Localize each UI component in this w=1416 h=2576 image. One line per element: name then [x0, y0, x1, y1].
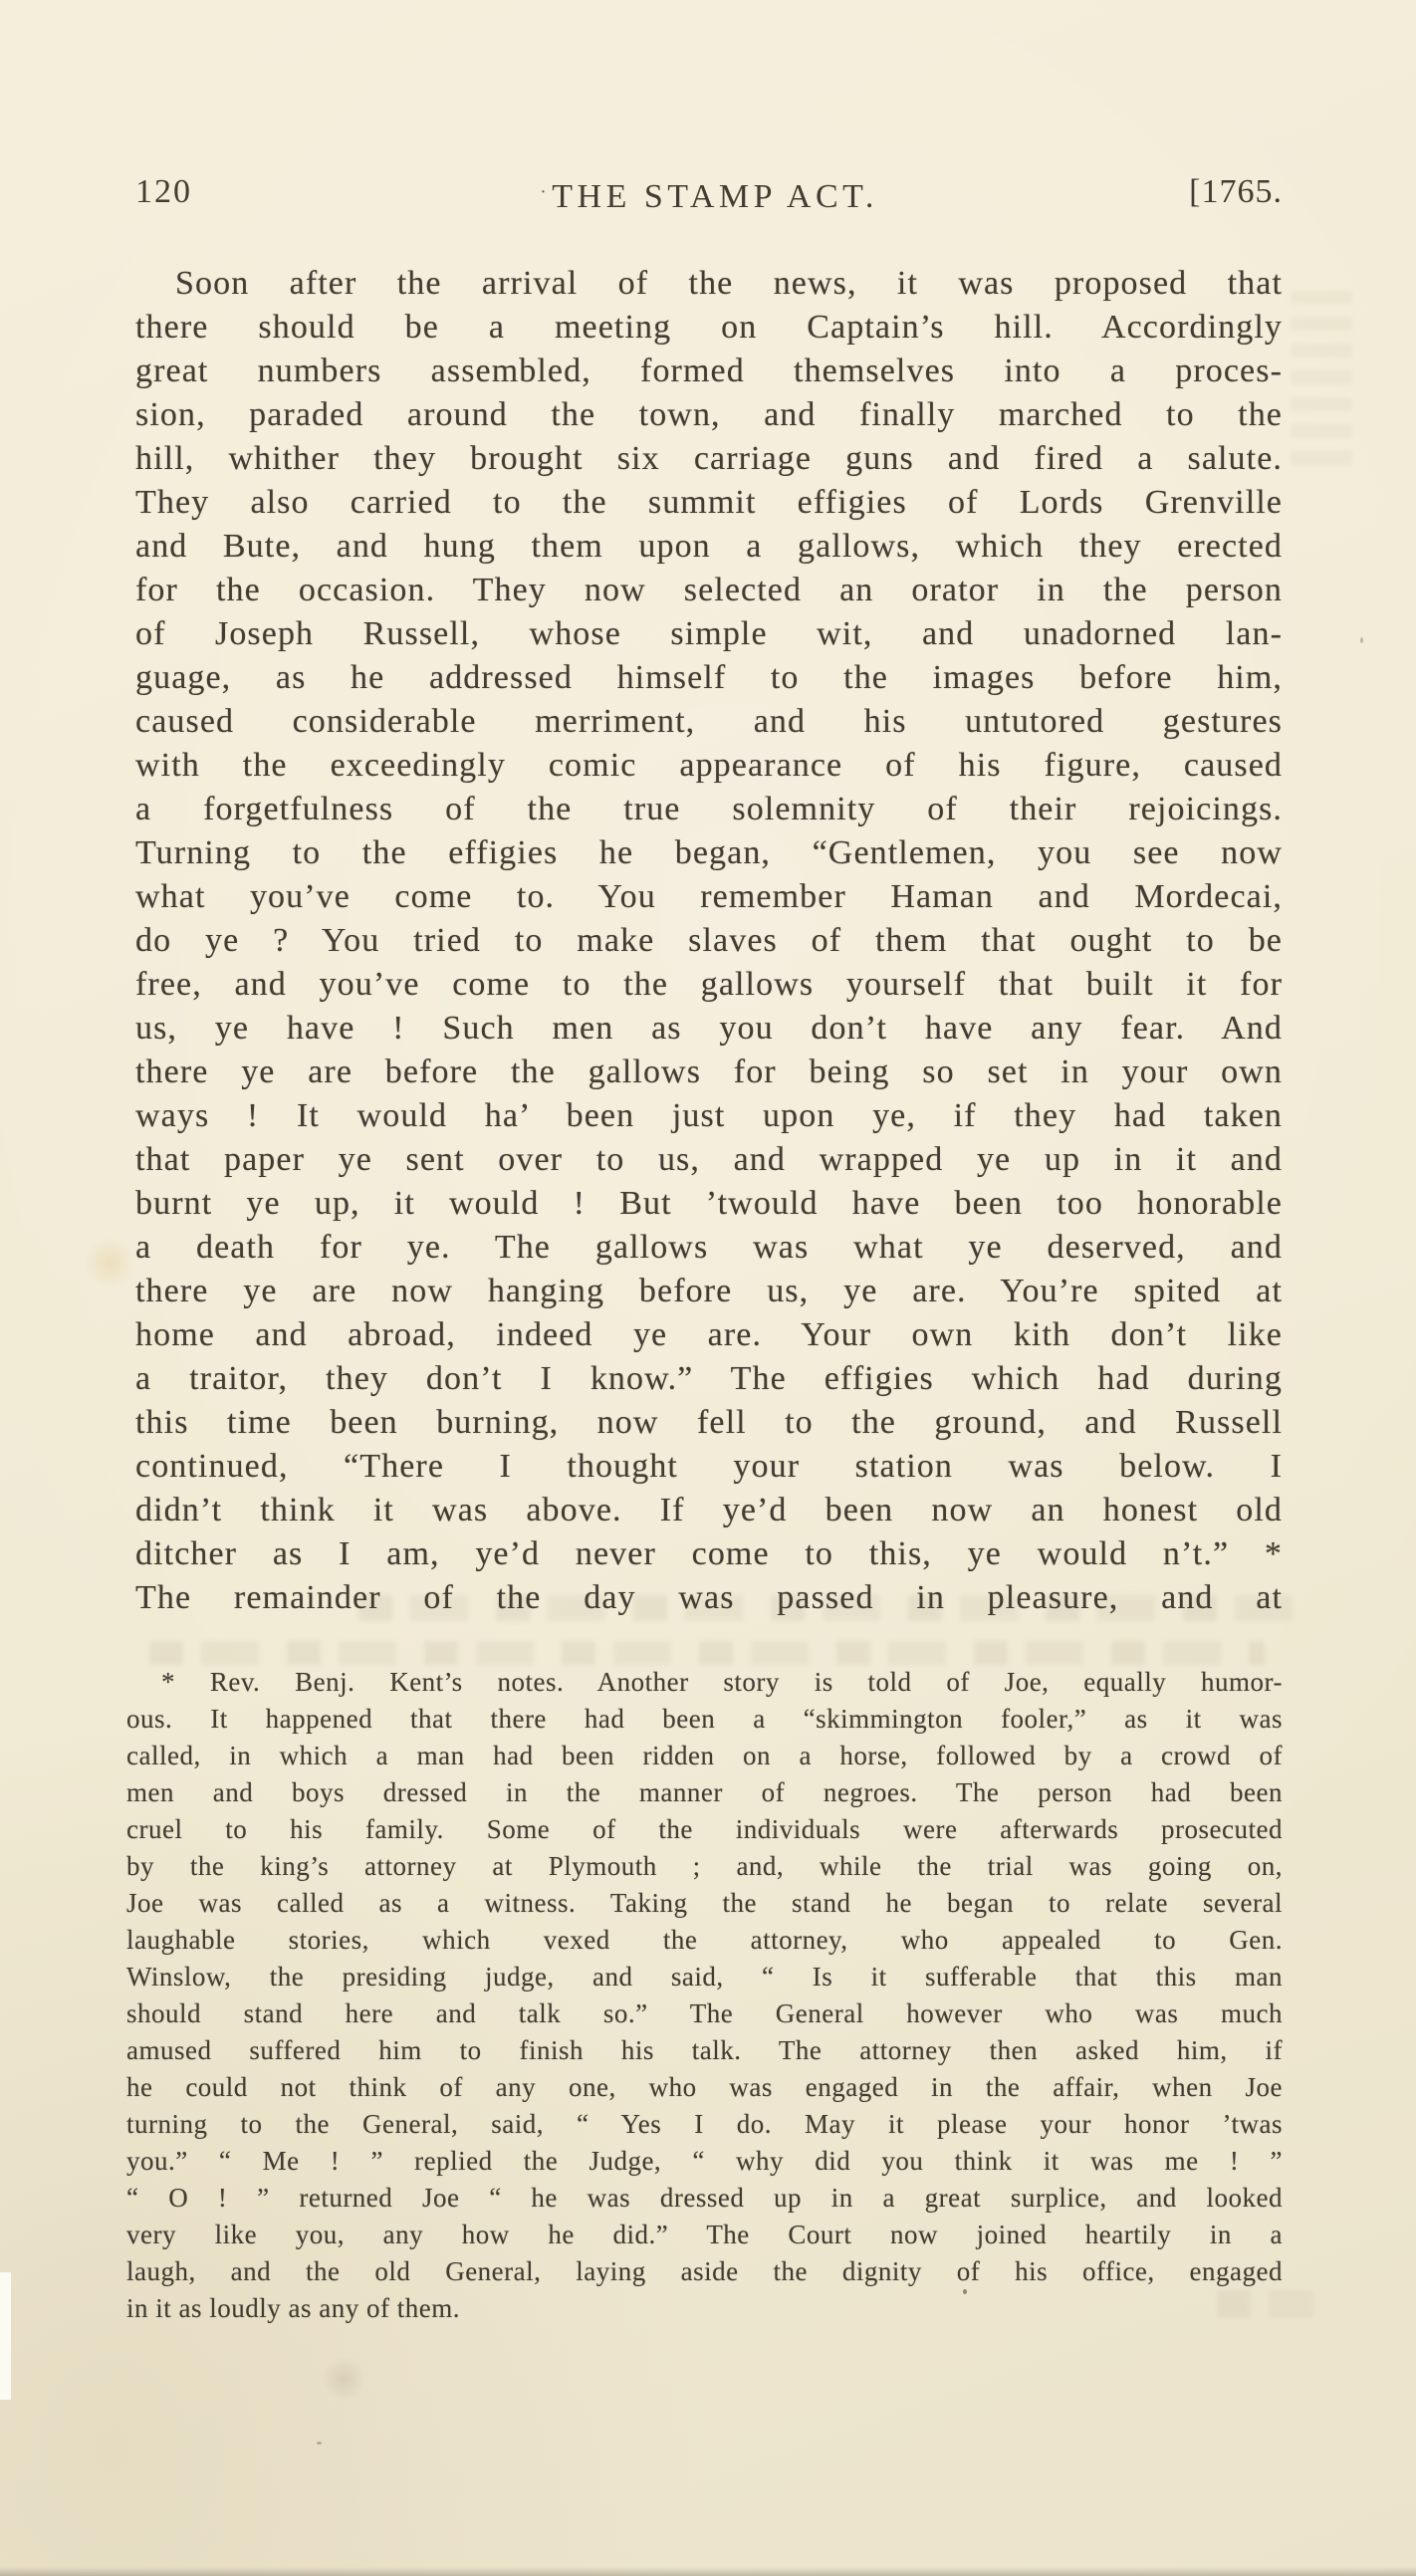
- text-line: men and boys dressed in the manner of ne…: [126, 1774, 1283, 1811]
- text-line: there should be a meeting on Captain’s h…: [135, 306, 1283, 350]
- text-line: there ye are before the gallows for bein…: [135, 1051, 1283, 1094]
- text-line: They also carried to the summit effigies…: [135, 481, 1283, 525]
- text-line: great numbers assembled, formed themselv…: [135, 350, 1283, 393]
- text-line: a traitor, they don’t I know.” The effig…: [135, 1357, 1283, 1401]
- text-line: a forgetfulness of the true solemnity of…: [135, 788, 1283, 831]
- text-line: ditcher as I am, ye’d never come to this…: [135, 1532, 1283, 1576]
- text-line: for the occasion. They now selected an o…: [135, 569, 1283, 612]
- text-line: Winslow, the presiding judge, and said, …: [126, 1959, 1283, 1995]
- text-line: that paper ye sent over to us, and wrapp…: [135, 1138, 1283, 1182]
- text-line: by the king’s attorney at Plymouth ; and…: [126, 1848, 1283, 1885]
- main-text-block: Soon after the arrival of the news, it w…: [135, 262, 1283, 1620]
- text-line: Soon after the arrival of the news, it w…: [135, 262, 1283, 306]
- text-line: this time been burning, now fell to the …: [135, 1401, 1283, 1445]
- text-line: didn’t think it was above. If ye’d been …: [135, 1489, 1283, 1532]
- text-line: The remainder of the day was passed in p…: [135, 1576, 1283, 1620]
- text-line: turning to the General, said, “ Yes I do…: [126, 2106, 1283, 2143]
- paper-stain: [84, 1237, 135, 1288]
- page-header: 120 ·THE STAMP ACT. [1765.: [135, 169, 1283, 215]
- text-line: he could not think of any one, who was e…: [126, 2069, 1283, 2106]
- text-line: caused considerable merriment, and his u…: [135, 700, 1283, 744]
- text-line: of Joseph Russell, whose simple wit, and…: [135, 612, 1283, 656]
- text-line: laugh, and the old General, laying aside…: [126, 2253, 1283, 2290]
- text-line: ways ! It would ha’ been just upon ye, i…: [135, 1094, 1283, 1138]
- show-through-text: [1291, 291, 1352, 465]
- paper-speck: [1360, 637, 1363, 643]
- text-line: * Rev. Benj. Kent’s notes. Another story…: [126, 1664, 1283, 1701]
- text-line: home and abroad, indeed ye are. Your own…: [135, 1313, 1283, 1357]
- text-line: in it as loudly as any of them.: [126, 2290, 1283, 2327]
- footnote-block: * Rev. Benj. Kent’s notes. Another story…: [126, 1664, 1283, 2327]
- text-line: a death for ye. The gallows was what ye …: [135, 1226, 1283, 1270]
- text-line: there ye are now hanging before us, ye a…: [135, 1270, 1283, 1313]
- text-line: ous. It happened that there had been a “…: [126, 1701, 1283, 1738]
- text-line: hill, whither they brought six carriage …: [135, 437, 1283, 481]
- year-marker: [1765.: [1189, 169, 1283, 215]
- text-line: Turning to the effigies he began, “Gentl…: [135, 831, 1283, 875]
- text-line: what you’ve come to. You remember Haman …: [135, 875, 1283, 919]
- paper-speck: [317, 2442, 322, 2445]
- scan-edge: [0, 2272, 11, 2400]
- text-line: with the exceedingly comic appearance of…: [135, 744, 1283, 788]
- text-line: us, ye have ! Such men as you don’t have…: [135, 1007, 1283, 1051]
- ink-dot: ·: [540, 181, 551, 203]
- text-line: guage, as he addressed himself to the im…: [135, 656, 1283, 700]
- running-title: ·THE STAMP ACT.: [135, 169, 1283, 220]
- text-line: laughable stories, which vexed the attor…: [126, 1922, 1283, 1959]
- text-line: should stand here and talk so.” The Gene…: [126, 1995, 1283, 2032]
- text-line: continued, “There I thought your station…: [135, 1445, 1283, 1489]
- text-line: called, in which a man had been ridden o…: [126, 1738, 1283, 1774]
- show-through-text: [149, 1641, 1265, 1665]
- text-line: burnt ye up, it would ! But ’twould have…: [135, 1182, 1283, 1226]
- book-page: 120 ·THE STAMP ACT. [1765. Soon after th…: [0, 0, 1416, 2576]
- text-line: and Bute, and hung them upon a gallows, …: [135, 525, 1283, 569]
- text-line: you.” “ Me ! ” replied the Judge, “ why …: [126, 2143, 1283, 2180]
- text-line: free, and you’ve come to the gallows you…: [135, 963, 1283, 1007]
- text-line: do ye ? You tried to make slaves of them…: [135, 919, 1283, 963]
- running-title-text: THE STAMP ACT.: [552, 178, 878, 215]
- text-line: amused suffered him to finish his talk. …: [126, 2032, 1283, 2069]
- text-line: cruel to his family. Some of the individ…: [126, 1811, 1283, 1848]
- text-line: “ O ! ” returned Joe “ he was dressed up…: [126, 2180, 1283, 2217]
- page-number: 120: [135, 169, 192, 215]
- text-line: sion, paraded around the town, and final…: [135, 393, 1283, 437]
- paper-stain: [321, 2356, 366, 2402]
- scan-edge: [0, 2567, 1416, 2576]
- text-line: Joe was called as a witness. Taking the …: [126, 1885, 1283, 1922]
- text-line: very like you, any how he did.” The Cour…: [126, 2217, 1283, 2253]
